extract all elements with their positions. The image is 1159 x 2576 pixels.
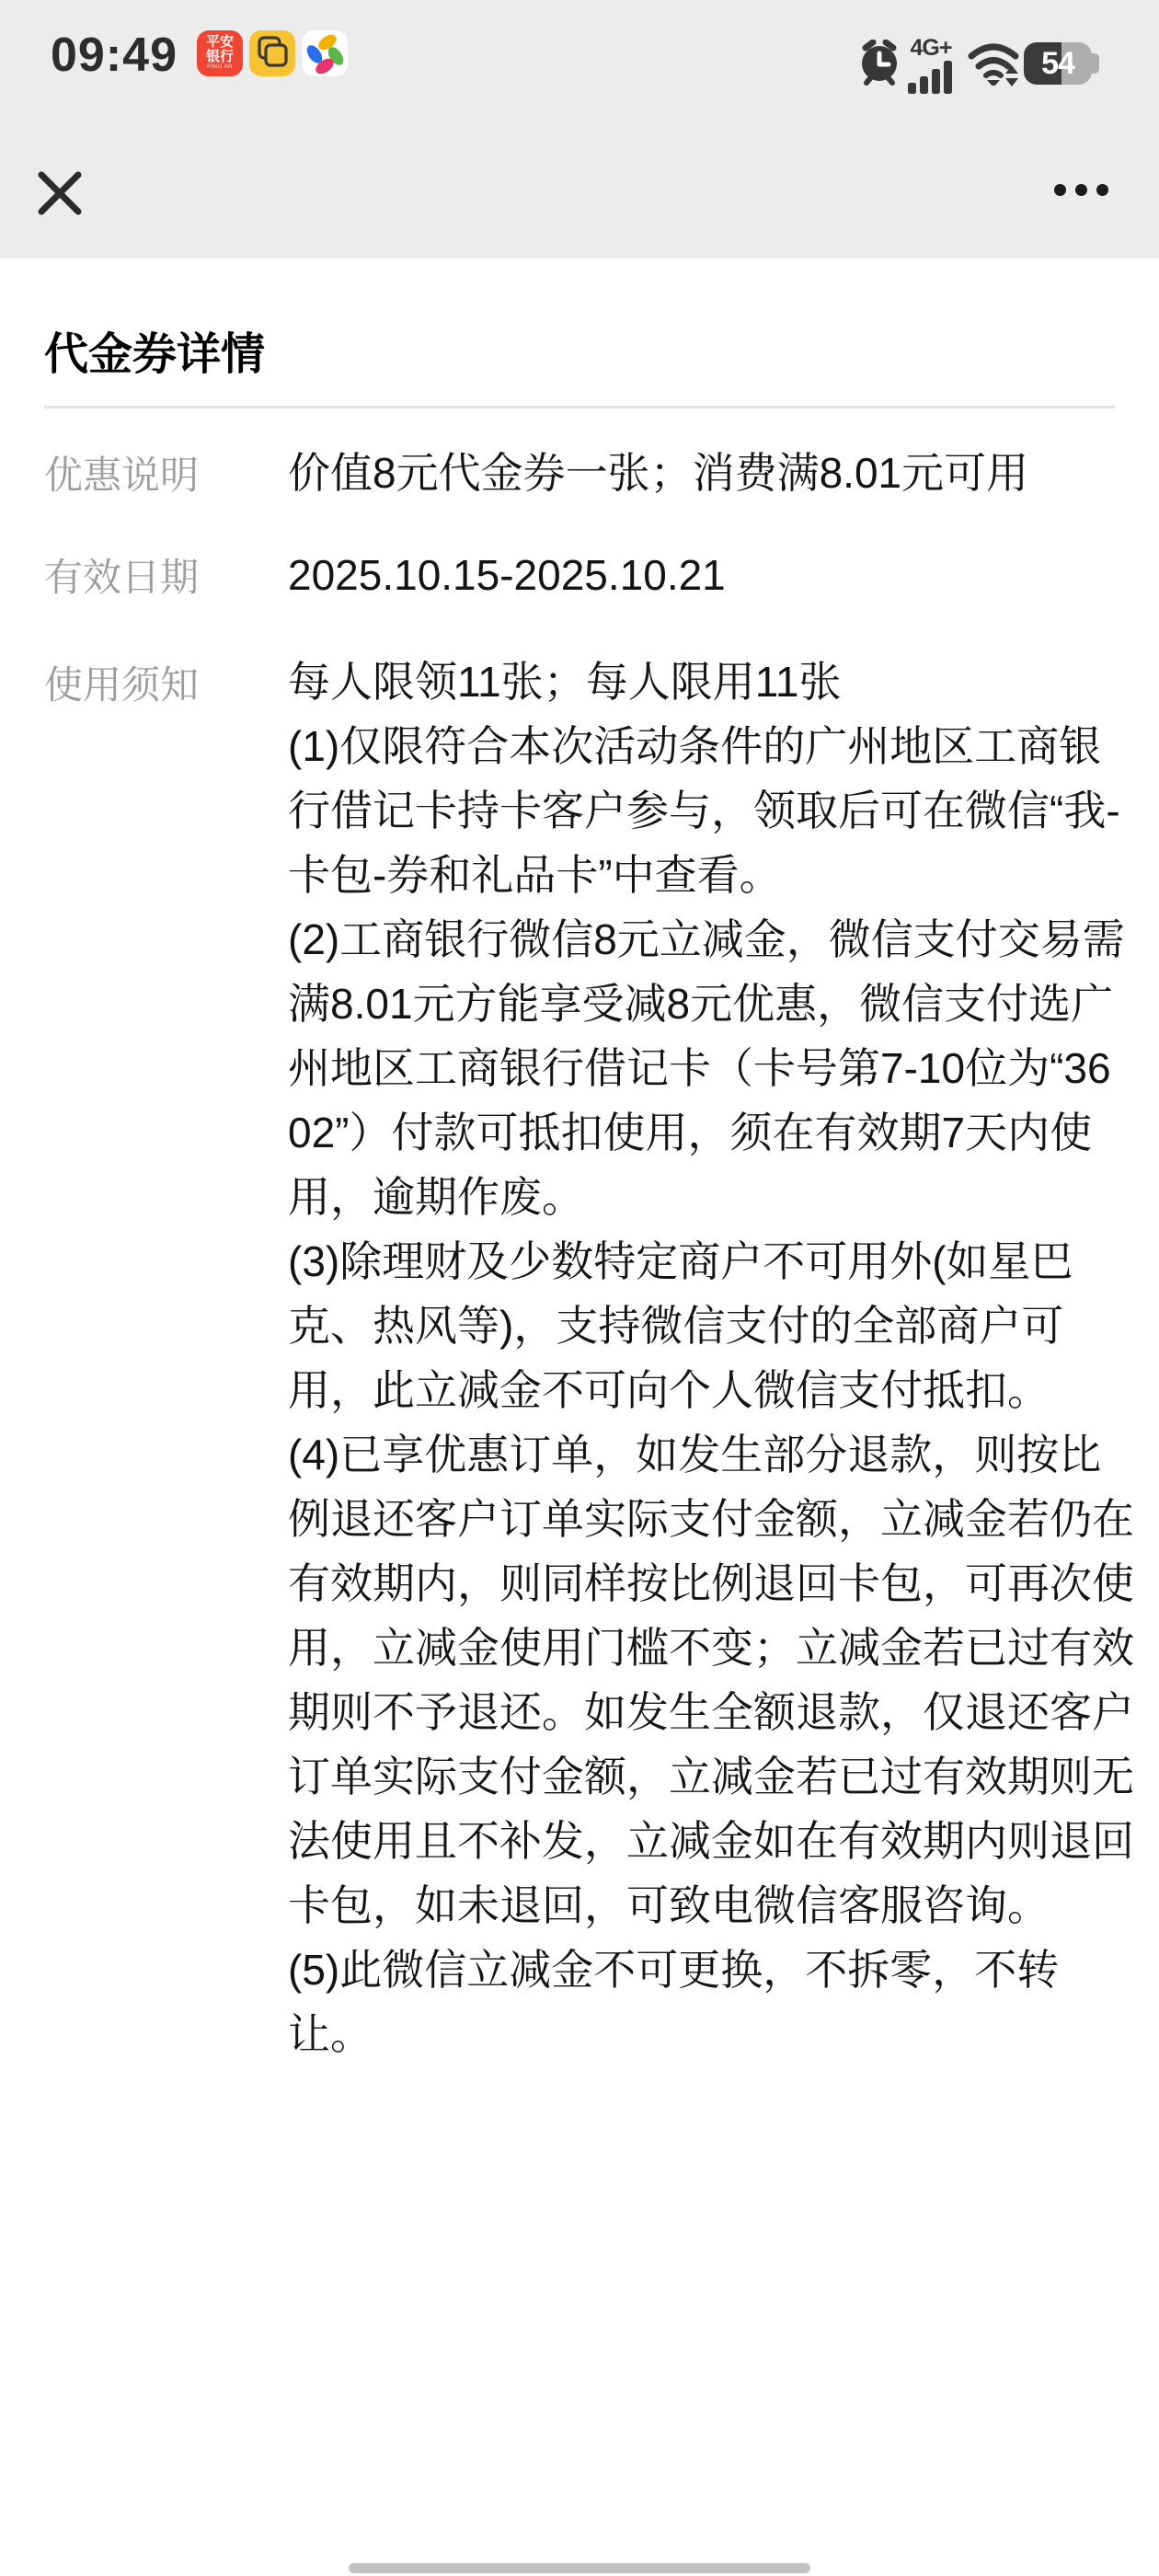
battery-icon: 54 (1024, 42, 1092, 85)
pingan-icon-text-2: 银行 (197, 50, 243, 64)
usage-note-line: (5)此微信立减金不可更换，不拆零，不转 (288, 1938, 1134, 2002)
promo-label: 优惠说明 (44, 449, 288, 500)
cellular-signal-icon: 4G+ (907, 37, 955, 98)
usage-label: 使用须知 (44, 659, 288, 709)
more-dot (1075, 184, 1087, 196)
status-time: 09:49 (51, 28, 178, 83)
usage-note-line: 02”）付款可抵扣使用，须在有效期7天内使 (288, 1100, 1134, 1165)
usage-note-line: 期则不予退还。如发生全额退款，仅退还客户 (288, 1680, 1134, 1744)
usage-note-line: (4)已享优惠订单，如发生部分退款，则按比 (288, 1422, 1134, 1487)
voucher-detail-page: 代金券详情 优惠说明 价值8元代金券一张；消费满8.01元可用 有效日期 202… (0, 259, 1159, 2576)
usage-note-line: 每人限领11张；每人限用11张 (288, 650, 1134, 714)
close-button[interactable] (37, 170, 83, 216)
usage-note-line: 用，此立减金不可向个人微信支付抵扣。 (288, 1358, 1134, 1422)
validity-period-row: 有效日期 2025.10.15-2025.10.21 (44, 551, 1115, 602)
battery-nub (1091, 53, 1099, 74)
network-type-label: 4G+ (907, 37, 955, 59)
alarm-clock-icon (858, 40, 901, 90)
usage-note-line: (3)除理财及少数特定商户不可用外(如星巴 (288, 1229, 1134, 1294)
usage-note-line: 让。 (288, 2002, 1134, 2066)
usage-note-line: 有效期内，则同样按比例退回卡包，可再次使 (288, 1551, 1134, 1616)
validity-label: 有效日期 (44, 551, 288, 602)
webview-nav-bar (0, 147, 1159, 239)
pinwheel-app-notification-icon (302, 30, 348, 76)
validity-value: 2025.10.15-2025.10.21 (288, 551, 1115, 599)
more-dot (1054, 184, 1066, 196)
usage-note-line: 用，逾期作废。 (288, 1165, 1134, 1229)
usage-note-line: 例退还客户订单实际支付金额，立减金若仍在 (288, 1487, 1134, 1551)
usage-note-line: 满8.01元方能享受减8元优惠，微信支付选广 (288, 972, 1134, 1036)
usage-note-line: 卡包，如未退回，可致电微信客服咨询。 (288, 1873, 1134, 1938)
floating-window-notification-icon (249, 30, 295, 76)
usage-note-line: 行借记卡持卡客户参与，领取后可在微信“我- (288, 778, 1134, 843)
usage-note-line: 州地区工商银行借记卡（卡号第7-10位为“36 (288, 1036, 1134, 1100)
promo-value: 价值8元代金券一张；消费满8.01元可用 (288, 449, 1115, 497)
overlapping-squares-icon (249, 30, 295, 76)
data-updown-arrows-icon (1005, 65, 1018, 92)
battery-percent: 54 (1024, 42, 1092, 85)
usage-notes-text: 每人限领11张；每人限用11张(1)仅限符合本次活动条件的广州地区工商银行借记卡… (288, 650, 1134, 2066)
phone-screen: 09:49 平安 银行 PING AN (0, 0, 1159, 2576)
usage-note-line: 法使用且不补发，立减金如在有效期内则退回 (288, 1809, 1134, 1873)
signal-bars-icon (908, 59, 954, 94)
home-indicator[interactable] (349, 2563, 810, 2573)
usage-note-line: (1)仅限符合本次活动条件的广州地区工商银 (288, 714, 1134, 778)
close-icon (37, 170, 83, 216)
system-header: 09:49 平安 银行 PING AN (0, 0, 1159, 259)
detail-rows: 优惠说明 价值8元代金券一张；消费满8.01元可用 有效日期 2025.10.1… (44, 449, 1115, 2066)
usage-note-line: 卡包-券和礼品卡”中查看。 (288, 843, 1134, 907)
title-divider (44, 406, 1115, 408)
usage-note-line: (2)工商银行微信8元立减金，微信支付交易需 (288, 907, 1134, 972)
promo-description-row: 优惠说明 价值8元代金券一张；消费满8.01元可用 (44, 449, 1115, 500)
pingan-icon-caption: PING AN (197, 64, 243, 71)
page-title: 代金券详情 (44, 259, 1115, 384)
usage-note-line: 克、热风等)，支持微信支付的全部商户可 (288, 1294, 1134, 1358)
usage-notes-row: 使用须知 每人限领11张；每人限用11张(1)仅限符合本次活动条件的广州地区工商… (44, 659, 1115, 2066)
status-bar: 09:49 平安 银行 PING AN (0, 0, 1159, 92)
usage-note-line: 用，立减金使用门槛不变；立减金若已过有效 (288, 1616, 1134, 1680)
more-dot (1096, 184, 1108, 196)
more-menu-button[interactable] (1054, 184, 1108, 196)
pingan-bank-notification-icon: 平安 银行 PING AN (197, 30, 243, 76)
pinwheel-icon (302, 30, 348, 76)
pingan-icon-text-1: 平安 (197, 35, 243, 50)
usage-note-line: 订单实际支付金额，立减金若已过有效期则无 (288, 1744, 1134, 1809)
